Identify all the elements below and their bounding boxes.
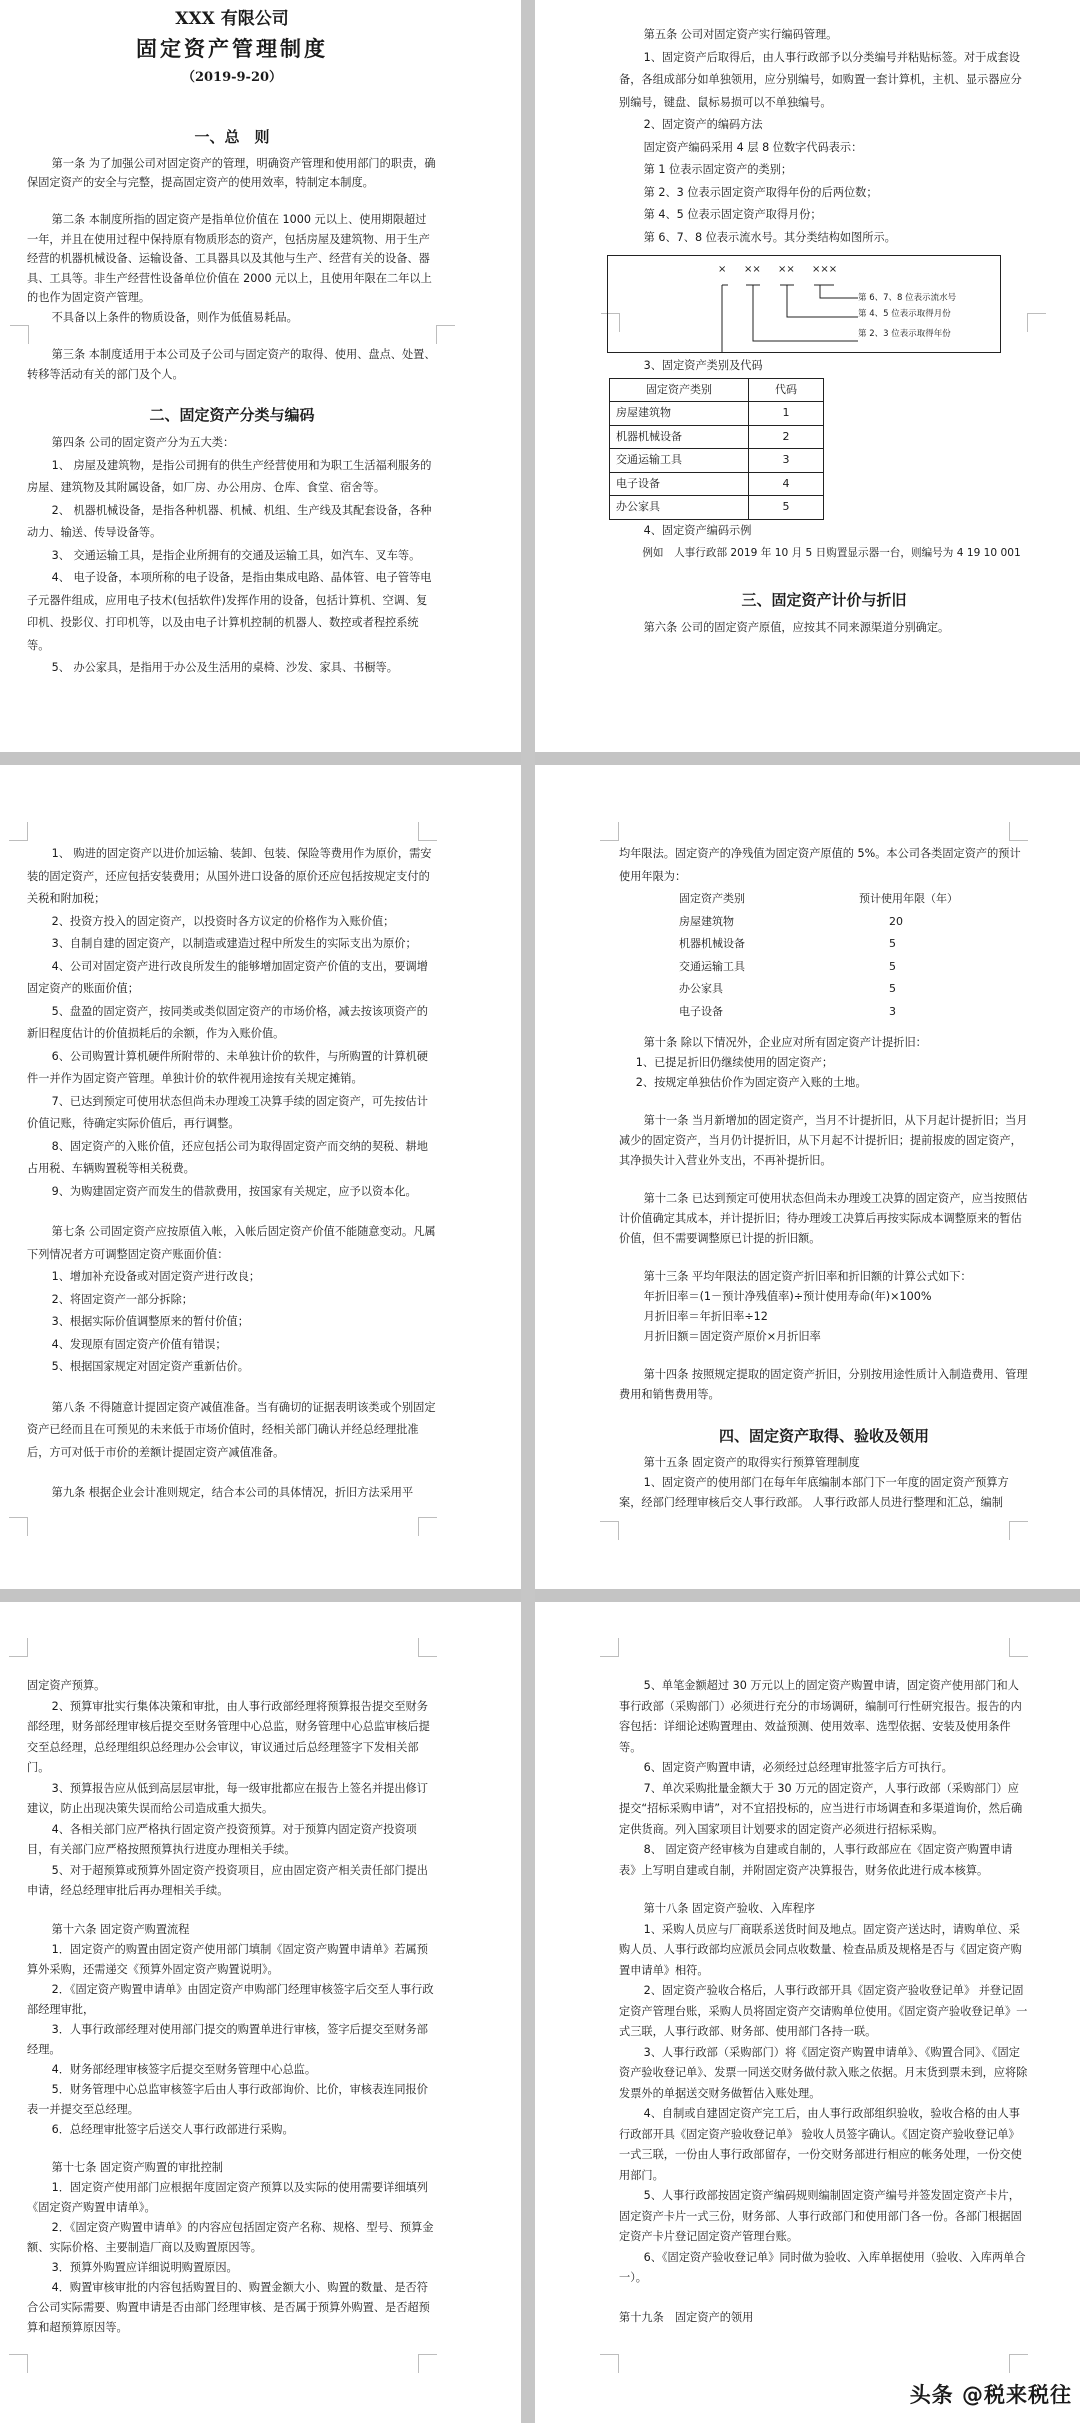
document-page-4: 均年限法。固定资产的净残值为固定资产原值的 5%。本公司各类固定资产的预计使用年… — [535, 765, 1080, 1589]
document-date: （2019-9-20） — [27, 66, 437, 90]
document-page-1: XXX 有限公司 固定资产管理制度 （2019-9-20） 一、总 则 第一条 … — [0, 0, 521, 752]
section-heading: 二、固定资产分类与编码 — [27, 400, 437, 430]
list-item: 3、 交通运输工具，是指企业所拥有的交通及运输工具，如汽车、叉车等。 — [27, 545, 437, 568]
section-heading: 四、固定资产取得、验收及领用 — [619, 1421, 1029, 1451]
table-cell: 电子设备 — [610, 472, 749, 496]
list-item: 1、 房屋及建筑物，是指公司拥有的供生产经营使用和为职工生活福利服务的房屋、建筑… — [27, 455, 437, 500]
article-2: 第二条 本制度所指的固定资产是指单位价值在 1000 元以上、使用期限超过一年，… — [27, 210, 437, 308]
article-10: 第十条 除以下情况外，企业应对所有固定资产计提折旧： — [619, 1033, 1029, 1053]
table-row: 房屋建筑物 1 — [610, 402, 824, 426]
diagram-segment: ×× — [744, 264, 761, 276]
list-item: 7、已达到预定可使用状态但尚未办理竣工决算手续的固定资产，可先按估计价值记账，待… — [27, 1091, 437, 1136]
margin-corner-mark — [418, 822, 437, 841]
list-item: 3、自制自建的固定资产，以制造或建造过程中所发生的实际支出为原价； — [27, 933, 437, 956]
margin-corner-mark — [418, 1638, 437, 1657]
margin-corner-mark — [9, 822, 28, 841]
list-item: 2、投资方投入的固定资产，以投资时各方议定的价格作为入账价值； — [27, 911, 437, 934]
list-item: 3、固定资产类别及代码 — [619, 355, 1029, 378]
table-cell: 4 — [749, 472, 824, 496]
table-cell: 3 — [859, 1001, 958, 1024]
list-item: 2．《固定资产购置申请单》由固定资产申购部门经理审核签字后交至人事行政部经理审批… — [27, 1980, 437, 2020]
list-item: 6、公司购置计算机硬件所附带的、未单独计价的软件，与所购置的计算机硬件一并作为固… — [27, 1046, 437, 1091]
table-cell: 3 — [749, 449, 824, 473]
list-item: 5、单笔金额超过 30 万元以上的固定资产购置申请，固定资产使用部门和人事行政部… — [619, 1676, 1029, 1758]
list-item: 1、固定资产的使用部门在每年年底编制本部门下一年度的固定资产预算方案，经部门经理… — [619, 1473, 1029, 1513]
list-item: 8、固定资产的入账价值，还应包括公司为取得固定资产而交纳的契税、耕地占用税、车辆… — [27, 1136, 437, 1181]
formula: 年折旧率＝(1－预计净残值率)÷预计使用寿命(年)×100% — [619, 1287, 1029, 1307]
list-item: 7、单次采购批量金额大于 30 万元的固定资产，人事行政部（采购部门）应提交“招… — [619, 1779, 1029, 1841]
list-item: 4、固定资产编码示例 — [619, 520, 1029, 543]
table-cell: 电子设备 — [679, 1001, 859, 1024]
section-heading: 三、固定资产计价与折旧 — [619, 585, 1029, 615]
list-item: 2、将固定资产一部分拆除； — [27, 1289, 437, 1312]
article-16: 第十六条 固定资产购置流程 — [27, 1920, 437, 1940]
list-item: 3．人事行政部经理对使用部门提交的购置单进行审核，签字后提交至财务部经理。 — [27, 2020, 437, 2060]
list-item: 4、公司对固定资产进行改良所发生的能够增加固定资产价值的支出，要调增固定资产的账… — [27, 956, 437, 1001]
list-item: 1．固定资产的购置由固定资产使用部门填制《固定资产购置申请单》若属预算外采购，还… — [27, 1940, 437, 1980]
article-13: 第十三条 平均年限法的固定资产折旧率和折旧额的计算公式如下： — [619, 1267, 1029, 1287]
table-cell: 房屋建筑物 — [610, 402, 749, 426]
diagram-segment: ××× — [812, 264, 837, 276]
diagram-segment: × — [718, 264, 726, 276]
list-item: 4、各相关部门应严格执行固定资产投资预算。对于预算内固定资产投资项目，有关部门应… — [27, 1820, 437, 1861]
table-header: 代码 — [749, 378, 824, 402]
margin-corner-mark — [418, 1517, 437, 1536]
table-cell: 1 — [749, 402, 824, 426]
table-row: 机器机械设备 2 — [610, 425, 824, 449]
list-item: 4、自制或自建固定资产完工后，由人事行政部组织验收，验收合格的由人事行政部开具《… — [619, 2104, 1029, 2186]
article-14: 第十四条 按照规定提取的固定资产折旧，分别按用途性质计入制造费用、管理费用和销售… — [619, 1365, 1029, 1405]
margin-corner-mark — [600, 822, 619, 841]
list-item: 6、固定资产购置申请，必须经过总经理审批签字后方可执行。 — [619, 1758, 1029, 1779]
company-name: XXX 有限公司 — [27, 6, 437, 32]
margin-corner-mark — [1027, 313, 1046, 332]
table-cell: 办公家具 — [679, 978, 859, 1001]
article-4: 第四条 公司的固定资产分为五大类： — [27, 432, 437, 455]
table-cell: 5 — [859, 956, 958, 979]
table-row: 交通运输工具 5 — [679, 956, 958, 979]
article-6: 第六条 公司的固定资产原值，应按其不同来源渠道分别确定。 — [619, 617, 1029, 640]
diagram-label: 第 6、7、8 位表示流水号 — [858, 292, 956, 304]
article-12: 第十二条 已达到预定可使用状态但尚未办理竣工决算的固定资产，应当按照估计价值确定… — [619, 1189, 1029, 1249]
document-page-2: 第五条 公司对固定资产实行编码管理。 1、固定资产后取得后，由人事行政部予以分类… — [535, 0, 1080, 752]
list-item: 1、固定资产后取得后，由人事行政部予以分类编号并粘贴标签。对于成套设备，各组成部… — [619, 47, 1029, 115]
list-item: 4．购置审核审批的内容包括购置目的、购置金额大小、购置的数量、是否符合公司实际需… — [27, 2278, 437, 2338]
table-cell: 机器机械设备 — [610, 425, 749, 449]
list-item: 1．固定资产使用部门应根据年度固定资产预算以及实际的使用需要详细填列《固定资产购… — [27, 2178, 437, 2218]
table-row: 电子设备 4 — [610, 472, 824, 496]
list-item: 5、对于超预算或预算外固定资产投资项目，应由固定资产相关责任部门提出申请，经总经… — [27, 1861, 437, 1902]
list-item: 8、 固定资产经审核为自建或自制的，人事行政部应在《固定资产购置申请表》上写明自… — [619, 1840, 1029, 1881]
list-item: 2、预算审批实行集体决策和审批，由人事行政部经理将预算报告提交至财务部经理，财务… — [27, 1697, 437, 1779]
article-5: 第五条 公司对固定资产实行编码管理。 — [619, 24, 1029, 47]
article-11: 第十一条 当月新增加的固定资产，当月不计提折旧，从下月起计提折旧；当月减少的固定… — [619, 1111, 1029, 1171]
list-item: 2、固定资产验收合格后，人事行政部开具《固定资产验收登记单》 并登记固定资产管理… — [619, 1981, 1029, 2043]
list-item: 4．财务部经理审核签字后提交至财务管理中心总监。 — [27, 2060, 437, 2080]
margin-corner-mark — [600, 1638, 619, 1657]
table-header: 固定资产类别 — [679, 888, 859, 911]
table-cell: 5 — [749, 496, 824, 520]
document-page-3: 1、 购进的固定资产以进价加运输、装卸、包装、保险等费用作为原价，需安装的固定资… — [0, 765, 521, 1589]
section-heading: 一、总 则 — [27, 122, 437, 152]
list-item: 2、按规定单独估价作为固定资产入账的土地。 — [619, 1073, 1029, 1093]
margin-corner-mark — [1009, 822, 1028, 841]
article-19: 第十九条 固定资产的领用 — [619, 2307, 1029, 2330]
continued-text: 固定资产预算。 — [27, 1676, 437, 1697]
article-3: 第三条 本制度适用于本公司及子公司与固定资产的取得、使用、盘点、处置、转移等活动… — [27, 345, 437, 384]
diagram-label: 第 2、3 位表示取得年份 — [858, 328, 951, 340]
article-7: 第七条 公司固定资产应按原值入帐，入帐后固定资产价值不能随意变动。凡属下列情况者… — [27, 1221, 437, 1266]
table-row: 房屋建筑物 20 — [679, 911, 958, 934]
page-gutter-vertical — [521, 0, 535, 2423]
list-item: 5、根据国家规定对固定资产重新估价。 — [27, 1356, 437, 1379]
margin-corner-mark — [9, 2354, 28, 2373]
list-item: 5、盘盈的固定资产，按同类或类似固定资产的市场价格，减去按该项资产的新旧程度估计… — [27, 1001, 437, 1046]
list-item: 1、增加补充设备或对固定资产进行改良； — [27, 1266, 437, 1289]
list-item: 3、预算报告应从低到高层层审批，每一级审批都应在报告上签名并提出修订建议，防止出… — [27, 1779, 437, 1820]
list-item: 4、发现原有固定资产价值有错误； — [27, 1334, 437, 1357]
code-intro: 固定资产编码采用 4 层 8 位数字代码表示： — [619, 137, 1029, 160]
table-header-row: 固定资产类别 预计使用年限（年） — [679, 888, 958, 911]
list-item: 9、为购建固定资产而发生的借款费用，按国家有关规定，应予以资本化。 — [27, 1181, 437, 1204]
article-1: 第一条 为了加强公司对固定资产的管理，明确资产管理和使用部门的职责，确保固定资产… — [27, 154, 437, 192]
list-item: 2．《固定资产购置申请单》的内容应包括固定资产名称、规格、型号、预算金额、实际价… — [27, 2218, 437, 2258]
article-9: 第九条 根据企业会计准则规定，结合本公司的具体情况，折旧方法采用平 — [27, 1482, 437, 1505]
table-cell: 机器机械设备 — [679, 933, 859, 956]
list-item: 4、 电子设备，本项所称的电子设备，是指由集成电路、晶体管、电子管等电子元器件组… — [27, 567, 437, 657]
list-item: 6、《固定资产验收登记单》同时做为验收、入库单据使用（验收、入库两单合一）。 — [619, 2248, 1029, 2289]
code-rule: 第 6、7、8 位表示流水号。其分类结构如图所示。 — [619, 227, 1029, 250]
table-cell: 交通运输工具 — [679, 956, 859, 979]
list-item: 3、根据实际价值调整原来的暂付价值； — [27, 1311, 437, 1334]
table-header: 固定资产类别 — [610, 378, 749, 402]
diagram-segment: ×× — [778, 264, 795, 276]
margin-corner-mark — [1009, 2354, 1028, 2373]
list-item: 2、固定资产的编码方法 — [619, 114, 1029, 137]
watermark-text: 头条 @税来税往 — [910, 2379, 1072, 2409]
useful-life-table: 固定资产类别 预计使用年限（年） 房屋建筑物 20 机器机械设备 5 交通运输工… — [679, 888, 958, 1023]
margin-corner-mark — [1009, 1638, 1028, 1657]
table-cell: 交通运输工具 — [610, 449, 749, 473]
margin-corner-mark — [1009, 1521, 1028, 1540]
table-row: 机器机械设备 5 — [679, 933, 958, 956]
table-row: 电子设备 3 — [679, 1001, 958, 1024]
table-cell: 房屋建筑物 — [679, 911, 859, 934]
article-9-continued: 均年限法。固定资产的净残值为固定资产原值的 5%。本公司各类固定资产的预计使用年… — [619, 843, 1029, 888]
table-header-row: 固定资产类别 代码 — [610, 378, 824, 402]
table-cell: 5 — [859, 933, 958, 956]
table-row: 办公家具 5 — [610, 496, 824, 520]
list-item: 5、 办公家具，是指用于办公及生活用的桌椅、沙发、家具、书橱等。 — [27, 657, 437, 680]
margin-corner-mark — [9, 1517, 28, 1536]
list-item: 1、 购进的固定资产以进价加运输、装卸、包装、保险等费用作为原价，需安装的固定资… — [27, 843, 437, 911]
list-item: 6．总经理审批签字后送交人事行政部进行采购。 — [27, 2120, 437, 2140]
code-rule: 第 2、3 位表示固定资产取得年份的后两位数； — [619, 182, 1029, 205]
table-row: 交通运输工具 3 — [610, 449, 824, 473]
margin-corner-mark — [418, 2354, 437, 2373]
list-item: 3．预算外购置应详细说明购置原因。 — [27, 2258, 437, 2278]
asset-code-table: 固定资产类别 代码 房屋建筑物 1 机器机械设备 2 交通运输工具 3 电子设备… — [609, 378, 824, 520]
list-item: 2、 机器机械设备，是指各种机器、机械、机组、生产线及其配套设备，各种动力、输送… — [27, 500, 437, 545]
table-row: 办公家具 5 — [679, 978, 958, 1001]
article-8: 第八条 不得随意计提固定资产减值准备。当有确切的证据表明该类或个别固定资产已经而… — [27, 1397, 437, 1465]
document-page-6: 5、单笔金额超过 30 万元以上的固定资产购置申请，固定资产使用部门和人事行政部… — [535, 1602, 1080, 2423]
table-cell: 2 — [749, 425, 824, 449]
margin-corner-mark — [600, 2354, 619, 2373]
diagram-label: 第 4、5 位表示取得月份 — [858, 308, 951, 320]
margin-corner-mark — [9, 1638, 28, 1657]
article-15: 第十五条 固定资产的取得实行预算管理制度 — [619, 1453, 1029, 1473]
article-17: 第十七条 固定资产购置的审批控制 — [27, 2158, 437, 2178]
document-page-5: 固定资产预算。 2、预算审批实行集体决策和审批，由人事行政部经理将预算报告提交至… — [0, 1602, 521, 2423]
margin-corner-mark — [436, 325, 455, 344]
list-item: 1、已提足折旧仍继续使用的固定资产； — [619, 1053, 1029, 1073]
code-rule: 第 4、5 位表示固定资产取得月份； — [619, 204, 1029, 227]
table-cell: 20 — [859, 911, 958, 934]
formula: 月折旧额＝固定资产原价×月折旧率 — [619, 1327, 1029, 1347]
code-rule: 第 1 位表示固定资产的类别； — [619, 159, 1029, 182]
list-item: 3、人事行政部（采购部门）将《固定资产购置申请单》、《购置合同》、《固定资产验收… — [619, 2043, 1029, 2105]
formula: 月折旧率＝年折旧率÷12 — [619, 1307, 1029, 1327]
table-header: 预计使用年限（年） — [859, 888, 958, 911]
article-18: 第十八条 固定资产验收、入库程序 — [619, 1899, 1029, 1920]
list-item: 5．财务管理中心总监审核签字后由人事行政部询价、比价，审核表连同报价表一并提交至… — [27, 2080, 437, 2120]
code-structure-diagram: × ×× ×× ××× 第 6、7、8 位表示流水号 第 4、5 位表示取得月份… — [607, 255, 1001, 353]
table-cell: 办公家具 — [610, 496, 749, 520]
list-item: 1、采购人员应与厂商联系送货时间及地点。固定资产送达时，请购单位、采购人员、人事… — [619, 1920, 1029, 1982]
document-title: 固定资产管理制度 — [27, 32, 437, 66]
code-example: 例如 人事行政部 2019 年 10 月 5 日购置显示器一台，则编号为 4 1… — [619, 542, 1029, 565]
margin-corner-mark — [600, 1521, 619, 1540]
article-2-note: 不具备以上条件的物质设备，则作为低值易耗品。 — [27, 308, 437, 328]
list-item: 5、人事行政部按固定资产编码规则编制固定资产编号并签发固定资产卡片，固定资产卡片… — [619, 2186, 1029, 2248]
table-cell: 5 — [859, 978, 958, 1001]
